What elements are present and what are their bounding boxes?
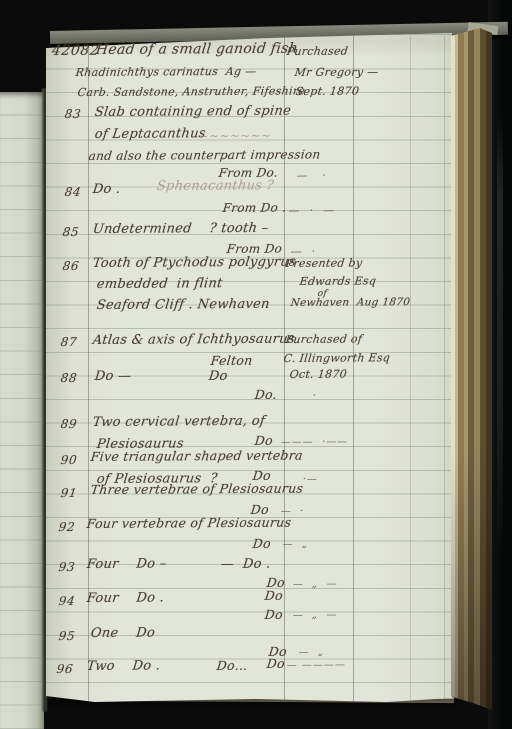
entry-number: 84 [64,186,82,198]
entry-text: Rhadinichthys carinatus Ag — [75,66,257,78]
ledger-photo-scene: 42082Head of a small ganoid fishPurchase… [0,0,512,729]
entry-text: Sept. 1870 [295,86,360,97]
entry-text: From Do . [222,202,287,214]
entry-number: 42082 [51,44,100,58]
entry-text: Atlas & axis of Ichthyosaurus [92,333,296,347]
entry-text: Two Do . [86,659,161,673]
entry-text: Do [264,609,284,622]
entry-text: Do [208,370,228,383]
entry-text: Purchased of [285,333,363,345]
entry-text: Four Do . [86,591,165,605]
entry-text: of Leptacanthus [94,127,207,141]
entry-number: 91 [60,487,78,499]
entry-text: Five triangular shaped vertebra [90,450,304,464]
entry-text: C. Illingworth Esq [283,352,391,364]
entry-text: Do [266,658,286,671]
entry-number: 92 [58,521,76,533]
entry-number: 94 [58,595,76,607]
entry-number: 88 [60,372,78,384]
entry-text: Head of a small ganoid fish [95,42,299,57]
entry-text: Do [264,590,284,603]
entry-text: — Do . [220,558,271,571]
entry-number: 85 [62,226,80,238]
entry-text: Do… [216,660,248,673]
entry-text: Three vertebrae of Plesiosaurus [90,483,304,497]
entry-number: 87 [60,336,78,348]
entries-layer: 42082Head of a small ganoid fishPurchase… [0,0,512,729]
entry-number: 86 [62,260,80,272]
entry-text: Carb. Sandstone, Anstruther, Fifeshire [77,85,306,98]
entry-number: 95 [58,630,76,642]
entry-text: — „ [282,540,309,550]
entry-text: ∼∼∼∼∼∼∼ [198,129,272,142]
entry-text: Edwards Esq [299,275,377,287]
entry-text: ——— ·—— [280,438,349,448]
entry-text: Do . [92,183,121,196]
entry-text: Felton [210,355,253,368]
entry-text: — · [296,170,327,181]
entry-number: 83 [64,108,82,120]
entry-text: From Do [226,243,283,255]
entry-text: Do [254,435,274,448]
entry-text: Oct. 1870 [289,369,348,380]
entry-text: Sphenacanthus ? [156,179,275,193]
entry-text: — ———— [286,661,346,671]
entry-text: Newhaven Aug 1870 [290,297,411,308]
entry-number: 89 [60,418,78,430]
entry-text: From Do. [218,167,279,179]
entry-text: — „ — [292,580,338,590]
entry-number: 96 [56,663,74,675]
entry-text: One Do [90,627,156,640]
entry-text: — · — [288,205,336,216]
entry-text: Presented by [285,257,363,269]
entry-text: Do — [94,370,132,383]
entry-number: 93 [58,561,76,573]
entry-text: ·— [302,475,318,485]
entry-text: Two cervical vertebra, of [92,415,266,429]
entry-text: Tooth of Ptychodus polygyrus [92,256,297,270]
entry-text: embedded in flint [96,277,223,291]
entry-text: Purchased [286,46,349,57]
entry-text: Slab containing end of spine [94,105,292,119]
entry-text: · [312,390,318,401]
entry-text: and also the counterpart impression [88,148,321,162]
entry-text: Do [252,538,272,551]
entry-text: — „ — [292,611,338,621]
entry-text: Mr Gregory — [294,66,379,78]
entry-text: Undetermined ? tooth – [92,222,269,236]
entry-number: 90 [60,454,78,466]
entry-text: Four Do – [86,557,167,571]
entry-text: Seaford Cliff . Newhaven [96,298,271,312]
entry-text: — „ [298,648,325,658]
entry-text: Four vertebrae of Plesiosaurus [86,517,292,531]
entry-text: Do. [254,389,278,402]
